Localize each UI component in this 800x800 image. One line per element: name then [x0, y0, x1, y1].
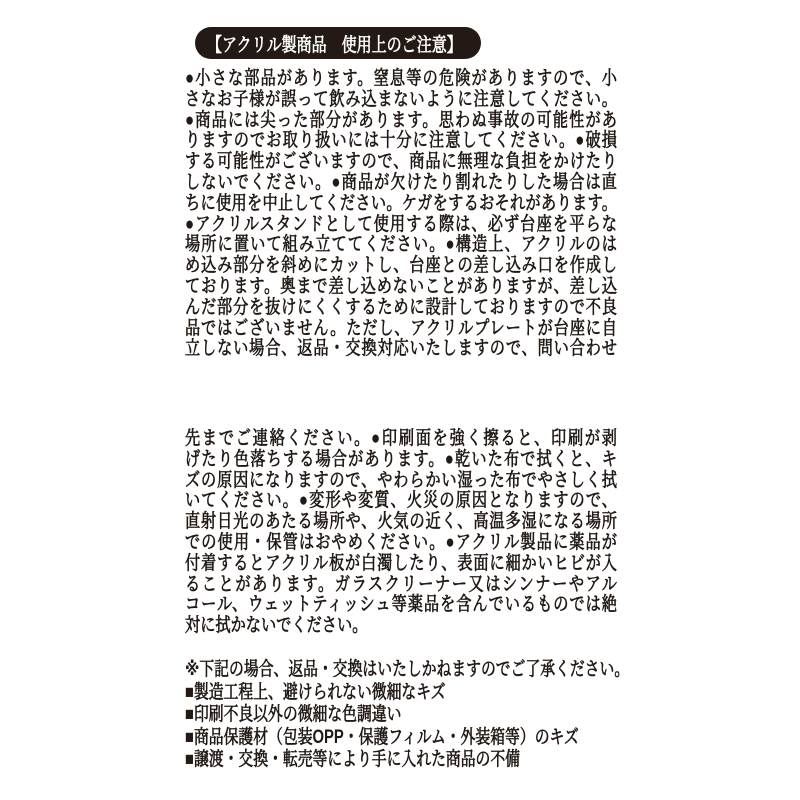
text-line: 付着するとアクリル板が白濁したり、表面に細かいヒビが入 [185, 554, 617, 575]
returns-note-item: ■譲渡・交換・転売等により手に入れた商品の不備 [185, 749, 669, 772]
text-line: 先までご連絡ください。●印刷面を強く擦ると、印刷が剥 [185, 429, 617, 450]
text-line: ●商品には尖った部分があります。思わぬ事故の可能性があ [185, 111, 617, 132]
caution-paragraph-1: ●小さな部品があります。窒息等の危険がありますので、小 さなお子様が誤って飲み込… [185, 69, 617, 360]
text-line: さなお子様が誤って飲み込まないように注意してください。 [185, 90, 617, 111]
text-line: いてください。●変形や変質、火災の原因となりますので、 [185, 491, 617, 512]
text-line: りますのでお取り扱いには十分に注意してください。●破損 [185, 131, 617, 152]
text-line: ております。奥まで差し込めないことがありますが、差し込 [185, 277, 617, 298]
text-line: んだ部分を抜けにくくするために設計しておりますので不良 [185, 298, 617, 319]
text-line: しないでください。●商品が欠けたり割れたりした場合は直 [185, 173, 617, 194]
returns-note-item: ■製造工程上、避けられない微細なキズ [185, 682, 669, 705]
text-line: ●アクリルスタンドとして使用する際は、必ず台座を平らな [185, 215, 617, 236]
text-line: ズの原因になりますので、やわらかい湿った布でやさしく拭 [185, 471, 617, 492]
returns-note-item: ■印刷不良以外の微細な色調違い [185, 704, 669, 727]
text-line: 直射日光のあたる場所や、火気の近く、高温多湿になる場所 [185, 512, 617, 533]
text-line: 場所に置いて組み立ててください。●構造上、アクリルのは [185, 235, 617, 256]
text-line: ●小さな部品があります。窒息等の危険がありますので、小 [185, 69, 617, 90]
returns-policy-notes: ※下記の場合、返品・交換はいたしかねますのでご了承ください。 ■製造工程上、避け… [185, 659, 669, 772]
text-line: での使用・保管はおやめください。●アクリル製品に薬品が [185, 533, 617, 554]
caution-notice-page: 【アクリル製商品 使用上のご注意】 ●小さな部品があります。窒息等の危険がありま… [0, 0, 800, 800]
returns-note-item: ■商品保護材（包装OPP・保護フィルム・外装箱等）のキズ [185, 727, 669, 750]
text-line: ちに使用を中止してください。ケガをするおそれがあります。 [185, 194, 617, 215]
caution-header-title: 【アクリル製商品 使用上のご注意】 [207, 30, 462, 57]
text-line: め込み部分を斜めにカットし、台座との差し込み口を作成し [185, 256, 617, 277]
returns-note-intro: ※下記の場合、返品・交換はいたしかねますのでご了承ください。 [185, 659, 669, 682]
text-line: 品ではございません。ただし、アクリルプレートが台座に自 [185, 319, 617, 340]
text-line: 対に拭かないでください。 [185, 616, 617, 637]
text-line: 立しない場合、返品・交換対応いたしますので、問い合わせ [185, 339, 617, 360]
caution-header-badge: 【アクリル製商品 使用上のご注意】 [195, 27, 481, 59]
text-line: する可能性がございますので、商品に無理な負担をかけたり [185, 152, 617, 173]
caution-paragraph-2: 先までご連絡ください。●印刷面を強く擦ると、印刷が剥 げたり色落ちする場合があり… [185, 429, 617, 637]
text-line: ることがあります。ガラスクリーナー又はシンナーやアル [185, 575, 617, 596]
text-line: げたり色落ちする場合があります。●乾いた布で拭くと、キ [185, 450, 617, 471]
text-line: コール、ウェットティッシュ等薬品を含んでいるものでは絶 [185, 595, 617, 616]
